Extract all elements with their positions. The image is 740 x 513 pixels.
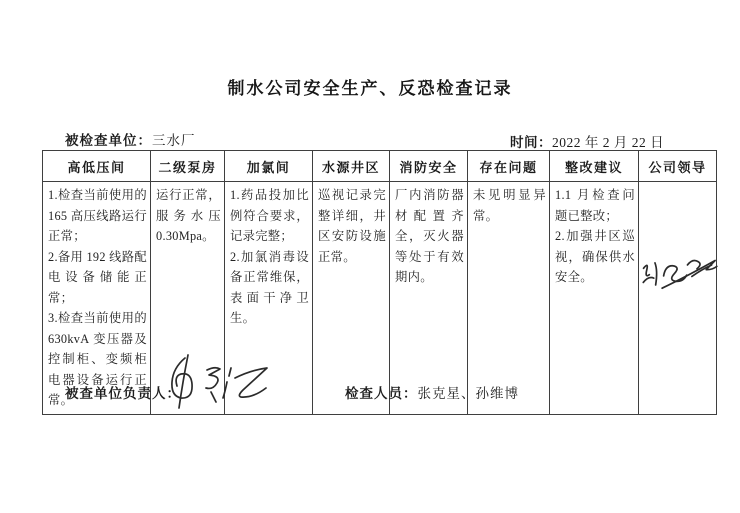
table-body-row: 1.检查当前使用的165 高压线路运行正常； 2.备用 192 线路配电设备储能… <box>43 182 717 415</box>
handwritten-signature-company-leader <box>632 233 725 307</box>
cell-wellfield-area: 巡视记录完整详细，井区安防设施正常。 <box>313 182 390 415</box>
column-header-wellfield-area: 水源井区 <box>313 151 390 182</box>
cell-content: 1.药品投加比例符合要求，记录完整； 2.加氯消毒设备正常维保，表面干净卫生。 <box>230 185 309 329</box>
cell-content: 1.1 月检查问题已整改； 2.加强井区巡视，确保供水安全。 <box>555 185 635 288</box>
inspection-table: 高低压间 二级泵房 加氯间 水源井区 消防安全 存在问题 整改建议 公司领导 1… <box>42 150 717 415</box>
inspection-time-label: 时间： <box>510 135 552 150</box>
inspection-time-value: 2022 年 2 月 22 日 <box>552 135 664 150</box>
cell-fire-safety: 厂内消防器材配置齐全，灭火器等处于有效期内。 <box>390 182 468 415</box>
column-header-company-leader: 公司领导 <box>639 151 717 182</box>
inspection-time: 时间：2022 年 2 月 22 日 <box>510 131 664 151</box>
cell-content: 厂内消防器材配置齐全，灭火器等处于有效期内。 <box>395 185 464 288</box>
cell-content: 运行正常，服务水压0.30Mpa。 <box>156 185 221 247</box>
cell-content: 巡视记录完整详细，井区安防设施正常。 <box>318 185 386 267</box>
column-header-high-low-voltage-room: 高低压间 <box>43 151 151 182</box>
inspectors-value: 张克星、孙维博 <box>418 386 520 401</box>
column-header-secondary-pump-house: 二级泵房 <box>151 151 225 182</box>
inspectors: 检查人员：张克星、孙维博 <box>345 382 519 402</box>
document-title: 制水公司安全生产、反恐检查记录 <box>0 74 740 99</box>
cell-existing-problems: 未见明显异常。 <box>468 182 550 415</box>
inspectors-label: 检查人员： <box>345 386 418 401</box>
inspected-unit-value: 三水厂 <box>152 133 196 148</box>
cell-rectification-suggestions: 1.1 月检查问题已整改； 2.加强井区巡视，确保供水安全。 <box>550 182 639 415</box>
cell-content: 1.检查当前使用的165 高压线路运行正常； 2.备用 192 线路配电设备储能… <box>48 185 147 411</box>
column-header-rectification-suggestions: 整改建议 <box>550 151 639 182</box>
inspected-unit: 被检查单位：三水厂 <box>65 129 196 149</box>
cell-content: 未见明显异常。 <box>473 185 546 226</box>
responsible-person-label: 被查单位负责人： <box>65 382 181 402</box>
column-header-fire-safety: 消防安全 <box>390 151 468 182</box>
document-page: 制水公司安全生产、反恐检查记录 被检查单位：三水厂 时间：2022 年 2 月 … <box>0 0 740 513</box>
column-header-existing-problems: 存在问题 <box>468 151 550 182</box>
cell-high-low-voltage-room: 1.检查当前使用的165 高压线路运行正常； 2.备用 192 线路配电设备储能… <box>43 182 151 415</box>
column-header-chlorination-room: 加氯间 <box>225 151 313 182</box>
table-header-row: 高低压间 二级泵房 加氯间 水源井区 消防安全 存在问题 整改建议 公司领导 <box>43 151 717 182</box>
inspected-unit-label: 被检查单位： <box>65 133 152 148</box>
